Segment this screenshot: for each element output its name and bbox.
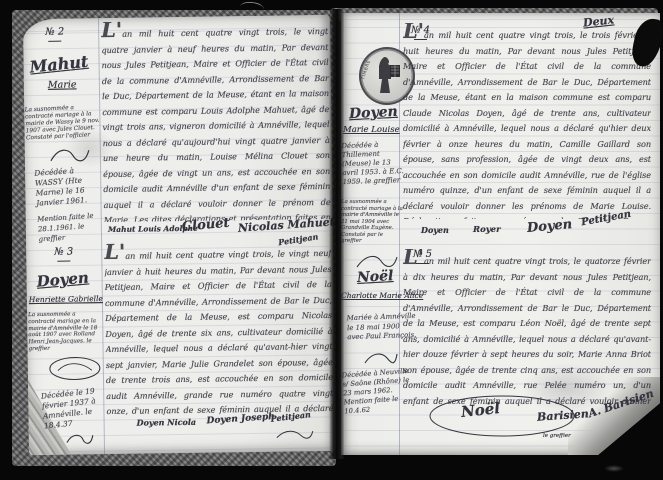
act-body-text: L'an mil huit cent quatre vingt trois, l… [104, 241, 333, 416]
margin-given-name: Marie Louise [343, 125, 400, 135]
binding-gutter [329, 9, 344, 459]
left-page: № 2 Mahut Marie La susnommée a contracté… [23, 15, 336, 455]
signature: Doyen [421, 225, 449, 235]
marriage-mention-note: La susnommée a contracté mariage en la m… [28, 311, 105, 353]
signature-flourish [275, 427, 315, 442]
right-page: Deux № 4 TIMBRE Doyen Marie Louise Décéd… [341, 13, 660, 455]
death-mention-note: Décédée à Thillement (Meuse) le 13 avril… [341, 140, 409, 187]
signature: Clouet [181, 216, 230, 235]
signature: Doyen [526, 217, 572, 236]
signature: Doyen Nicola [137, 417, 197, 428]
allegorical-figure-icon [370, 55, 404, 97]
death-mention-note: Décédée à WASSY (Hte Marne) le 16 Janvie… [34, 164, 101, 208]
margin-surname: Doyen [349, 104, 398, 123]
act-body-text: L'an mil huit cent quatre vingt trois, l… [403, 23, 651, 219]
margin-given-name: Henriette Gabrielle [29, 294, 103, 304]
signature-title: le greffier [543, 433, 571, 439]
margin-surname: Mahut [29, 52, 89, 77]
margin-given-name: Marie [48, 79, 77, 90]
death-mention-note: Décédée le 19 février 1937 à Amnéville. … [41, 385, 107, 431]
signature-flourish [65, 432, 95, 446]
smudge-mark [604, 465, 624, 472]
act-body-text: L'an mil huit cent quatre vingt trois, l… [403, 249, 651, 409]
signature-paraphe [48, 354, 102, 383]
marriage-mention-note: La susnommée a contracté mariage à la ma… [25, 104, 101, 143]
record-mention-note: Mention faite le 28.1.1961. le greffier [37, 211, 97, 245]
signature: Royer [473, 225, 501, 235]
act-body-text: L'an mil huit cent quatre vingt trois, l… [101, 19, 331, 222]
margin-surname: Doyen [36, 268, 90, 290]
register-scan: № 2 Mahut Marie La susnommée a contracté… [0, 0, 663, 480]
act-number: № 2 [45, 27, 64, 42]
signature-flourish [49, 146, 91, 165]
marriage-mention-note: La susnommée a contracté mariage à la ma… [341, 199, 403, 245]
signature-flourish [363, 349, 399, 367]
margin-surname: Noël [357, 268, 394, 286]
act-number: № 3 [54, 246, 73, 261]
